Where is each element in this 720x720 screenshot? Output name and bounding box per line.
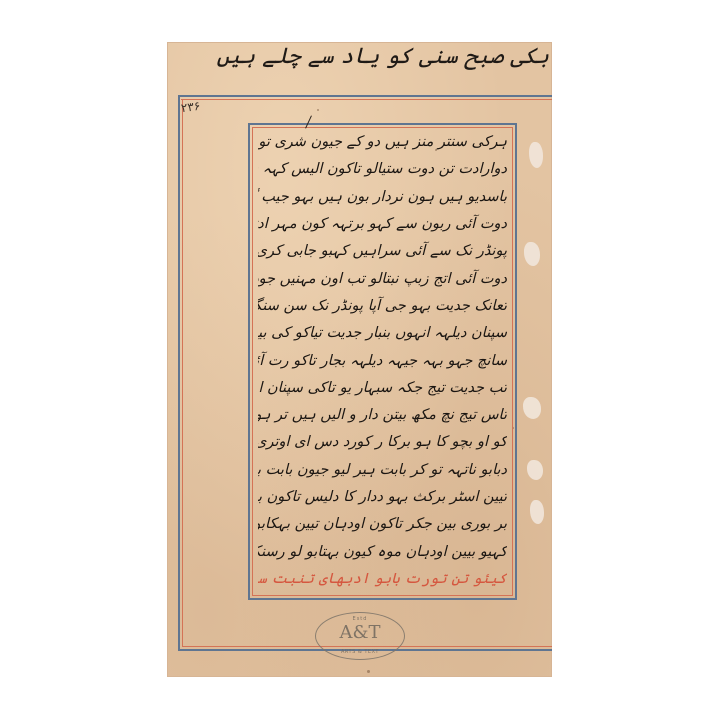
- text-line: دبابو ناتہہ تو کر بابت ہیر لیو جیون بابت…: [258, 459, 507, 481]
- text-line: پونڈر نک سے آئی سراہیں کہبو جابی کری جود…: [258, 240, 507, 262]
- text-block-frame: ہرکی سنتر منز ہیں دو کے جیون شری توہیں گ…: [248, 123, 517, 600]
- text-line: دوت آئی ربون سے کہو برتہہ کون مہر ادتر د…: [258, 213, 507, 235]
- text-line: باسدیو ہیں ہون نردار بون ہیں بہو جیب گل …: [258, 186, 507, 208]
- text-line: تیین اسٹر برکث بہو ددار کا دلیس تاکون بن…: [258, 486, 507, 508]
- text-line: دوت آئی اتج زبپ نبتالو تب اون مہنیں جودہ…: [258, 268, 507, 290]
- outer-frame-rule: [178, 95, 180, 651]
- text-line: ہرکی سنتر منز ہیں دو کے جیون شری توہیں گ…: [258, 131, 507, 153]
- outer-frame-rule: [181, 99, 552, 100]
- paper-wear-patch: [529, 142, 543, 168]
- text-line: تب جدیت تیج جکہ سبہار یو تاکی سپنان اودب…: [258, 377, 507, 399]
- text-line: دوارادت تن دوت ستیالو تاکون الیس کہہ سبھ…: [258, 158, 507, 180]
- text-line: تعانک جدیت بہو جی آپا پونڈر نک سن سنگھہ …: [258, 295, 507, 317]
- watermark-stamp: Estd A&T ARTS & TEXT: [315, 612, 405, 660]
- ink-stroke: [305, 115, 312, 128]
- watermark-subtitle: ARTS & TEXT: [316, 649, 404, 655]
- manuscript-page: بکی صبح سنی کو یاد سے چلے ہیں ۲۳۶ ہرکی س…: [167, 42, 552, 677]
- rubric-text-line: کیئو تن تورت بابو ادبهای تنبت ستمرن دیعد…: [258, 568, 507, 590]
- text-line: تاس تیج نچ مکھ بیتن دار و الیں ہیں تر ہو…: [258, 404, 507, 426]
- folio-number: ۲۳۶: [180, 99, 201, 116]
- paper-speck: [317, 109, 319, 111]
- paper-wear-patch: [530, 500, 544, 524]
- watermark-monogram: A&T: [316, 623, 404, 643]
- outer-frame-rule: [182, 99, 183, 647]
- outer-frame-rule: [178, 95, 552, 97]
- text-line: بر بوری بین جکر تاکون اودہان تیین بہکابو…: [258, 513, 507, 535]
- manuscript-text: ہرکی سنتر منز ہیں دو کے جیون شری توہیں گ…: [258, 131, 507, 590]
- text-line: سانچ جہو بہہ جیہہ دیلہہ بجار تاکو رت آئی…: [258, 350, 507, 372]
- text-line: کہیو بیین اودہان موہ کیون بہتابو لو رسنک…: [258, 541, 507, 563]
- paper-speck: [367, 670, 370, 673]
- paper-wear-patch: [527, 460, 543, 480]
- paper-wear-patch: [524, 242, 540, 266]
- top-margin-note: بکی صبح سنی کو یاد سے چلے ہیں: [179, 44, 549, 72]
- paper-wear-patch: [523, 397, 541, 419]
- text-line-with-rubric: کو او بچو کا ہو برکا ر کورد دس ای اوتری …: [258, 431, 507, 453]
- text-line: سپنان دیلہہ انہوں بنبار جدیت تیاکو کی بی…: [258, 322, 507, 344]
